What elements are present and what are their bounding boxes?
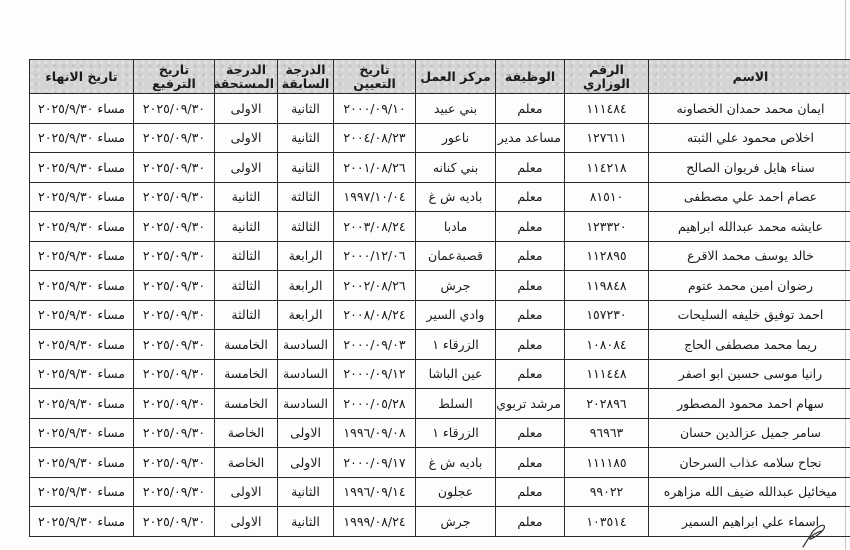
appointment-date-cell: ٢٠٠٨/٠٨/٢٤ (334, 300, 416, 330)
table-row: ٥٨نجاح سلامه عذاب السرحان١١١١٨٥معلمباديه… (30, 448, 850, 478)
workplace-cell: جرش (416, 507, 496, 537)
signature-scribble-icon (800, 522, 828, 548)
header-name: الاسم (649, 60, 850, 94)
previous-grade-cell: الثانية (278, 507, 334, 537)
end-date-cell: مساء ٢٠٢٥/٩/٣٠ (30, 389, 134, 419)
header-ministry-no: الرقم الوزاري (565, 60, 649, 94)
end-date-cell: مساء ٢٠٢٥/٩/٣٠ (30, 359, 134, 389)
appointment-date-cell: ٢٠٠٠/٠٩/١٢ (334, 359, 416, 389)
header-due-grade: الدرجة المستحقة (215, 60, 278, 94)
due-grade-cell: الخاصة (215, 448, 278, 478)
promotion-date-cell: ٢٠٢٥/٠٩/٣٠ (134, 389, 215, 419)
end-date-cell: مساء ٢٠٢٥/٩/٣٠ (30, 94, 134, 124)
header-promotion-date: تاريخ الترفيع (134, 60, 215, 94)
table-row: ٥٢رضوان امين محمد عتوم١١٩٨٤٨معلمجرش٢٠٠٢/… (30, 271, 850, 301)
ministry-number-cell: ١١١٤٨٤ (565, 94, 649, 124)
previous-grade-cell: السادسة (278, 330, 334, 360)
job-title-cell: معلم (496, 241, 565, 271)
appointment-date-cell: ١٩٩٩/٠٨/٢٤ (334, 507, 416, 537)
end-date-cell: مساء ٢٠٢٥/٩/٣٠ (30, 271, 134, 301)
previous-grade-cell: الثانية (278, 94, 334, 124)
end-date-cell: مساء ٢٠٢٥/٩/٣٠ (30, 330, 134, 360)
job-title-cell: معلم (496, 212, 565, 242)
appointment-date-cell: ٢٠٠١/٠٨/٢٦ (334, 153, 416, 183)
ministry-number-cell: ١٢٧٦١١ (565, 123, 649, 153)
due-grade-cell: الخامسة (215, 359, 278, 389)
ministry-number-cell: ٩٦٩٦٣ (565, 418, 649, 448)
table-row: ٤٩عصام احمد علي مصطفى٨١٥١٠معلمباديه ش غ١… (30, 182, 850, 212)
employee-name-cell: ايمان محمد حمدان الخصاونه (649, 94, 850, 124)
due-grade-cell: الاولى (215, 477, 278, 507)
job-title-cell: معلم (496, 182, 565, 212)
promotion-date-cell: ٢٠٢٥/٠٩/٣٠ (134, 330, 215, 360)
workplace-cell: وادي السير (416, 300, 496, 330)
workplace-cell: باديه ش غ (416, 182, 496, 212)
ministry-number-cell: ١١١٤٤٨ (565, 359, 649, 389)
appointment-date-cell: ١٩٩٦/٠٩/٠٨ (334, 418, 416, 448)
table-row: ٥٦سهام احمد محمود المصطور٢٠٢٨٩٦مرشد تربو… (30, 389, 850, 419)
ministry-number-cell: ١١٤٢١٨ (565, 153, 649, 183)
workplace-cell: باديه ش غ (416, 448, 496, 478)
header-appointment-date: تاريخ التعيين (334, 60, 416, 94)
promotion-date-cell: ٢٠٢٥/٠٩/٣٠ (134, 182, 215, 212)
workplace-cell: بني عبيد (416, 94, 496, 124)
job-title-cell: معلم (496, 330, 565, 360)
header-job: الوظيفة (496, 60, 565, 94)
previous-grade-cell: الثانية (278, 123, 334, 153)
ministry-number-cell: ١٠٨٠٨٤ (565, 330, 649, 360)
workplace-cell: مادبا (416, 212, 496, 242)
table-header-row: الرقم الاسم الرقم الوزاري الوظيفة مركز ا… (30, 60, 850, 94)
previous-grade-cell: الرابعة (278, 300, 334, 330)
ministry-number-cell: ١١٢٨٩٥ (565, 241, 649, 271)
job-title-cell: معلم (496, 271, 565, 301)
table-row: ٤٧اخلاص محمود علي الثبته١٢٧٦١١مساعد مدير… (30, 123, 850, 153)
appointment-date-cell: ٢٠٠٠/٠٩/١٠ (334, 94, 416, 124)
due-grade-cell: الثالثة (215, 300, 278, 330)
promotion-date-cell: ٢٠٢٥/٠٩/٣٠ (134, 359, 215, 389)
appointment-date-cell: ٢٠٠٠/٠٥/٢٨ (334, 389, 416, 419)
promotion-date-cell: ٢٠٢٥/٠٩/٣٠ (134, 300, 215, 330)
promotion-date-cell: ٢٠٢٥/٠٩/٣٠ (134, 271, 215, 301)
previous-grade-cell: الثالثة (278, 182, 334, 212)
appointment-date-cell: ٢٠٠٤/٠٨/٢٣ (334, 123, 416, 153)
promotion-date-cell: ٢٠٢٥/٠٩/٣٠ (134, 212, 215, 242)
ministry-number-cell: ٩٩٠٢٢ (565, 477, 649, 507)
employee-name-cell: سناء هايل فريوان الصالح (649, 153, 850, 183)
workplace-cell: ناعور (416, 123, 496, 153)
promotion-date-cell: ٢٠٢٥/٠٩/٣٠ (134, 123, 215, 153)
scanned-document-page: الرقم الاسم الرقم الوزاري الوظيفة مركز ا… (0, 0, 850, 550)
workplace-cell: الزرقاء ١ (416, 330, 496, 360)
employee-name-cell: نجاح سلامه عذاب السرحان (649, 448, 850, 478)
previous-grade-cell: الاولى (278, 448, 334, 478)
appointment-date-cell: ٢٠٠٠/٠٩/٠٣ (334, 330, 416, 360)
job-title-cell: معلم (496, 153, 565, 183)
promotion-date-cell: ٢٠٢٥/٠٩/٣٠ (134, 507, 215, 537)
due-grade-cell: الاولى (215, 123, 278, 153)
employee-name-cell: خالد يوسف محمد الاقرع (649, 241, 850, 271)
end-date-cell: مساء ٢٠٢٥/٩/٣٠ (30, 418, 134, 448)
job-title-cell: مرشد تربوي (496, 389, 565, 419)
due-grade-cell: الخاصة (215, 418, 278, 448)
table-row: ٥٩ميخائيل عبدالله ضيف الله مزاهره٩٩٠٢٢مع… (30, 477, 850, 507)
table-row: ٥١خالد يوسف محمد الاقرع١١٢٨٩٥معلمقصبةعما… (30, 241, 850, 271)
end-date-cell: مساء ٢٠٢٥/٩/٣٠ (30, 448, 134, 478)
due-grade-cell: الخامسة (215, 389, 278, 419)
appointment-date-cell: ٢٠٠٠/١٢/٠٦ (334, 241, 416, 271)
employee-name-cell: سهام احمد محمود المصطور (649, 389, 850, 419)
employee-name-cell: احمد توفيق خليفه السليحات (649, 300, 850, 330)
previous-grade-cell: السادسة (278, 359, 334, 389)
end-date-cell: مساء ٢٠٢٥/٩/٣٠ (30, 241, 134, 271)
end-date-cell: مساء ٢٠٢٥/٩/٣٠ (30, 212, 134, 242)
promotion-date-cell: ٢٠٢٥/٠٩/٣٠ (134, 241, 215, 271)
job-title-cell: معلم (496, 418, 565, 448)
promotion-date-cell: ٢٠٢٥/٠٩/٣٠ (134, 477, 215, 507)
job-title-cell: معلم (496, 448, 565, 478)
appointment-date-cell: ١٩٩٧/١٠/٠٤ (334, 182, 416, 212)
due-grade-cell: الخامسة (215, 330, 278, 360)
employee-name-cell: ميخائيل عبدالله ضيف الله مزاهره (649, 477, 850, 507)
promotion-date-cell: ٢٠٢٥/٠٩/٣٠ (134, 418, 215, 448)
employee-name-cell: رضوان امين محمد عتوم (649, 271, 850, 301)
workplace-cell: السلط (416, 389, 496, 419)
job-title-cell: معلم (496, 359, 565, 389)
header-workplace: مركز العمل (416, 60, 496, 94)
appointment-date-cell: ٢٠٠٢/٠٨/٢٦ (334, 271, 416, 301)
due-grade-cell: الثالثة (215, 271, 278, 301)
workplace-cell: قصبةعمان (416, 241, 496, 271)
employee-name-cell: رانيا موسى حسين ابو اصفر (649, 359, 850, 389)
ministry-number-cell: ١٠٣٥١٤ (565, 507, 649, 537)
employee-name-cell: اخلاص محمود علي الثبته (649, 123, 850, 153)
previous-grade-cell: الثانية (278, 153, 334, 183)
employee-name-cell: سامر جميل عزالدين حسان (649, 418, 850, 448)
employee-name-cell: ريما محمد مصطفى الحاج (649, 330, 850, 360)
due-grade-cell: الاولى (215, 94, 278, 124)
appointment-date-cell: ٢٠٠٠/٠٩/١٧ (334, 448, 416, 478)
previous-grade-cell: الاولى (278, 418, 334, 448)
due-grade-cell: الاولى (215, 153, 278, 183)
previous-grade-cell: السادسة (278, 389, 334, 419)
employee-promotion-table: الرقم الاسم الرقم الوزاري الوظيفة مركز ا… (29, 59, 850, 537)
ministry-number-cell: ١١١١٨٥ (565, 448, 649, 478)
table-body: ٤٦ايمان محمد حمدان الخصاونه١١١٤٨٤معلمبني… (30, 94, 850, 537)
previous-grade-cell: الثالثة (278, 212, 334, 242)
end-date-cell: مساء ٢٠٢٥/٩/٣٠ (30, 153, 134, 183)
previous-grade-cell: الثانية (278, 477, 334, 507)
appointment-date-cell: ٢٠٠٣/٠٨/٢٤ (334, 212, 416, 242)
end-date-cell: مساء ٢٠٢٥/٩/٣٠ (30, 182, 134, 212)
ministry-number-cell: ١١٩٨٤٨ (565, 271, 649, 301)
promotion-date-cell: ٢٠٢٥/٠٩/٣٠ (134, 94, 215, 124)
promotion-date-cell: ٢٠٢٥/٠٩/٣٠ (134, 448, 215, 478)
table-row: ٥٤ريما محمد مصطفى الحاج١٠٨٠٨٤معلمالزرقاء… (30, 330, 850, 360)
header-end-date: تاريخ الانهاء (30, 60, 134, 94)
promotion-date-cell: ٢٠٢٥/٠٩/٣٠ (134, 153, 215, 183)
appointment-date-cell: ١٩٩٦/٠٩/١٤ (334, 477, 416, 507)
job-title-cell: معلم (496, 94, 565, 124)
table-row: ٥٥رانيا موسى حسين ابو اصفر١١١٤٤٨معلمعين … (30, 359, 850, 389)
ministry-number-cell: ٨١٥١٠ (565, 182, 649, 212)
end-date-cell: مساء ٢٠٢٥/٩/٣٠ (30, 477, 134, 507)
employee-name-cell: عصام احمد علي مصطفى (649, 182, 850, 212)
table-row: ٦٠اسماء علي ابراهيم السمير١٠٣٥١٤معلمجرش١… (30, 507, 850, 537)
workplace-cell: جرش (416, 271, 496, 301)
job-title-cell: معلم (496, 477, 565, 507)
ministry-number-cell: ٢٠٢٨٩٦ (565, 389, 649, 419)
table-row: ٤٦ايمان محمد حمدان الخصاونه١١١٤٨٤معلمبني… (30, 94, 850, 124)
due-grade-cell: الاولى (215, 507, 278, 537)
job-title-cell: معلم (496, 507, 565, 537)
workplace-cell: بني كنانه (416, 153, 496, 183)
end-date-cell: مساء ٢٠٢٥/٩/٣٠ (30, 123, 134, 153)
table-row: ٥٧سامر جميل عزالدين حسان٩٦٩٦٣معلمالزرقاء… (30, 418, 850, 448)
due-grade-cell: الثانية (215, 212, 278, 242)
table-row: ٥٣احمد توفيق خليفه السليحات١٥٧٢٣٠معلمواد… (30, 300, 850, 330)
due-grade-cell: الثالثة (215, 241, 278, 271)
ministry-number-cell: ١٢٣٣٢٠ (565, 212, 649, 242)
workplace-cell: عين الباشا (416, 359, 496, 389)
workplace-cell: عجلون (416, 477, 496, 507)
job-title-cell: معلم (496, 300, 565, 330)
due-grade-cell: الثانية (215, 182, 278, 212)
employee-name-cell: عايشه محمد عبدالله ابراهيم (649, 212, 850, 242)
previous-grade-cell: الرابعة (278, 241, 334, 271)
previous-grade-cell: الرابعة (278, 271, 334, 301)
ministry-number-cell: ١٥٧٢٣٠ (565, 300, 649, 330)
table-row: ٤٨سناء هايل فريوان الصالح١١٤٢١٨معلمبني ك… (30, 153, 850, 183)
job-title-cell: مساعد مدير مدرسه (496, 123, 565, 153)
workplace-cell: الزرقاء ١ (416, 418, 496, 448)
table-row: ٥٠عايشه محمد عبدالله ابراهيم١٢٣٣٢٠معلمما… (30, 212, 850, 242)
end-date-cell: مساء ٢٠٢٥/٩/٣٠ (30, 507, 134, 537)
header-prev-grade: الدرجة السابقة (278, 60, 334, 94)
end-date-cell: مساء ٢٠٢٥/٩/٣٠ (30, 300, 134, 330)
